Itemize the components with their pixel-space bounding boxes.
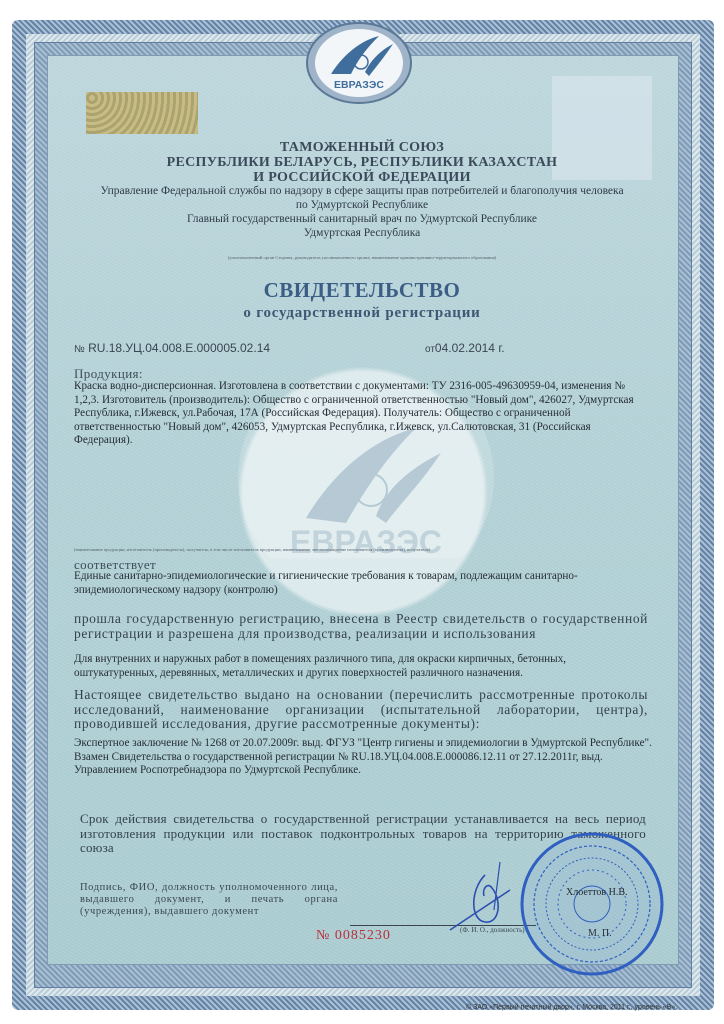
date-prefix: от bbox=[425, 344, 435, 355]
hologram-sticker bbox=[86, 92, 198, 134]
document-subtitle: о государственной регистрации bbox=[60, 305, 664, 322]
date-value: 04.02.2014 г. bbox=[435, 341, 505, 355]
registration-statement: прошла государственную регистрацию, внес… bbox=[74, 612, 648, 641]
usage-scope: Для внутренних и наружных работ в помеще… bbox=[74, 653, 652, 680]
authority-line-2: по Удмуртской Республике bbox=[60, 198, 664, 212]
header-line-3: И РОССИЙСКОЙ ФЕДЕРАЦИИ bbox=[60, 170, 664, 185]
basis-label: Настоящее свидетельство выдано на основа… bbox=[74, 688, 648, 732]
conformity-text: Единые санитарно-эпидемиологические и ги… bbox=[74, 570, 652, 597]
signature-label: Подпись, ФИО, должность уполномоченного … bbox=[80, 882, 338, 918]
header-line-2: РЕСПУБЛИКИ БЕЛАРУСЬ, РЕСПУБЛИКИ КАЗАХСТА… bbox=[60, 155, 664, 170]
certificate-number: № RU.18.УЦ.04.008.Е.000005.02.14 bbox=[74, 341, 270, 355]
seal-caption: М. П. bbox=[588, 928, 612, 939]
official-seal-icon bbox=[518, 830, 666, 978]
printer-imprint: © ЗАО «Первый печатный двор», г. Москва,… bbox=[466, 1004, 677, 1011]
eurasec-emblem-icon bbox=[305, 22, 413, 104]
product-caption: (наименование продукции, изготовитель (п… bbox=[74, 547, 652, 553]
signatory-name: Хлоеттов Н.В. bbox=[566, 887, 628, 898]
number-value: RU.18.УЦ.04.008.Е.000005.02.14 bbox=[88, 341, 270, 355]
number-prefix: № bbox=[74, 344, 85, 355]
header-line-1: ТАМОЖЕННЫЙ СОЮЗ bbox=[60, 140, 664, 155]
signature-name-caption: (Ф. И. О., должность) bbox=[460, 926, 525, 934]
emblem-label: ЕВРАЗЭС bbox=[305, 79, 413, 91]
basis-documents: Экспертное заключение № 1268 от 20.07.20… bbox=[74, 737, 652, 778]
certificate-date: от04.02.2014 г. bbox=[425, 341, 505, 355]
authority-line-1: Управление Федеральной службы по надзору… bbox=[60, 184, 664, 198]
product-description: Краска водно-дисперсионная. Изготовлена … bbox=[74, 380, 652, 448]
region: Удмуртская Республика bbox=[60, 226, 664, 240]
authority-caption: (уполномоченный орган Стороны, руководит… bbox=[60, 255, 664, 261]
official-title: Главный государственный санитарный врач … bbox=[60, 212, 664, 226]
form-serial-number: № 0085230 bbox=[316, 928, 391, 944]
document-title: СВИДЕТЕЛЬСТВО bbox=[60, 278, 664, 303]
